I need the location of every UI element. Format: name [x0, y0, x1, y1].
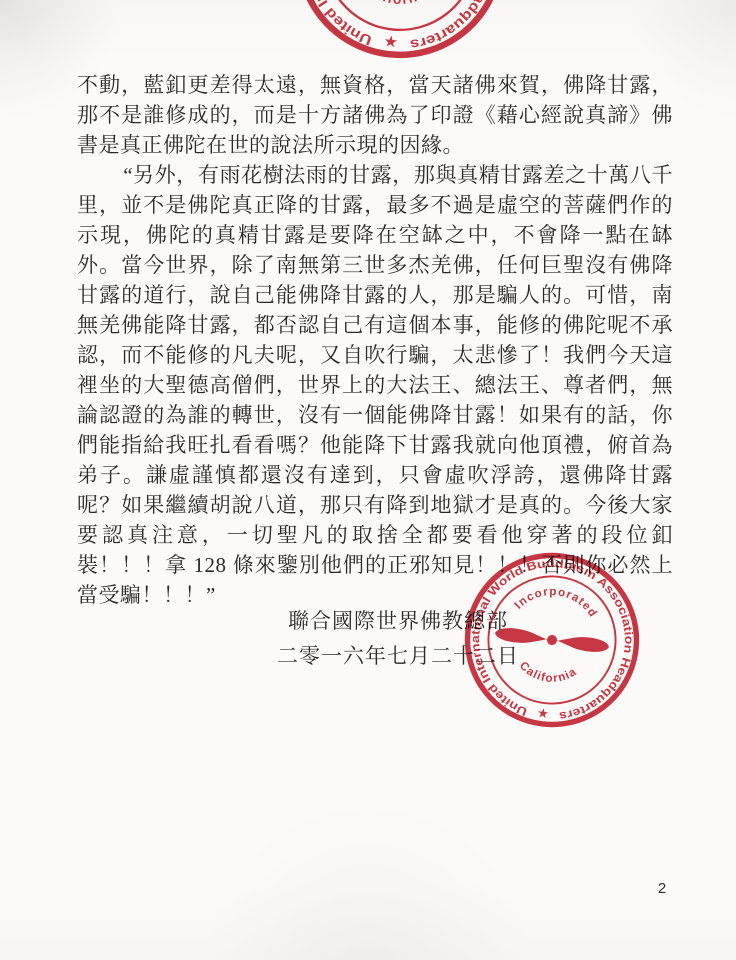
association-seal-top: United International World Buddhism Asso… [278, 0, 522, 76]
association-seal-bottom: United International World Buddhism Asso… [448, 536, 655, 743]
paragraph-1: 不動，藍釦更差得太遠，無資格，當天諸佛來賀，佛降甘露，那不是誰修成的，而是十方諸… [77, 70, 673, 160]
seal-center-emblem-icon [494, 626, 610, 654]
document-page: United International World Buddhism Asso… [0, 0, 736, 960]
seal-california-text: California [515, 658, 580, 688]
page-number: 2 [650, 880, 674, 897]
seal-star-icon: ★ [383, 33, 399, 51]
seal-incorporated-text: Incorporated [511, 580, 603, 621]
document-body: 不動，藍釦更差得太遠，無資格，當天諸佛來賀，佛降甘露，那不是誰修成的，而是十方諸… [77, 70, 673, 610]
seal-california-text: California [357, 0, 434, 11]
seal-star-icon: ★ [536, 705, 550, 721]
paragraph-2: “另外，有雨花樹法雨的甘露，那與真精甘露差之十萬八千里，並不是佛陀真正降的甘露，… [77, 160, 673, 610]
